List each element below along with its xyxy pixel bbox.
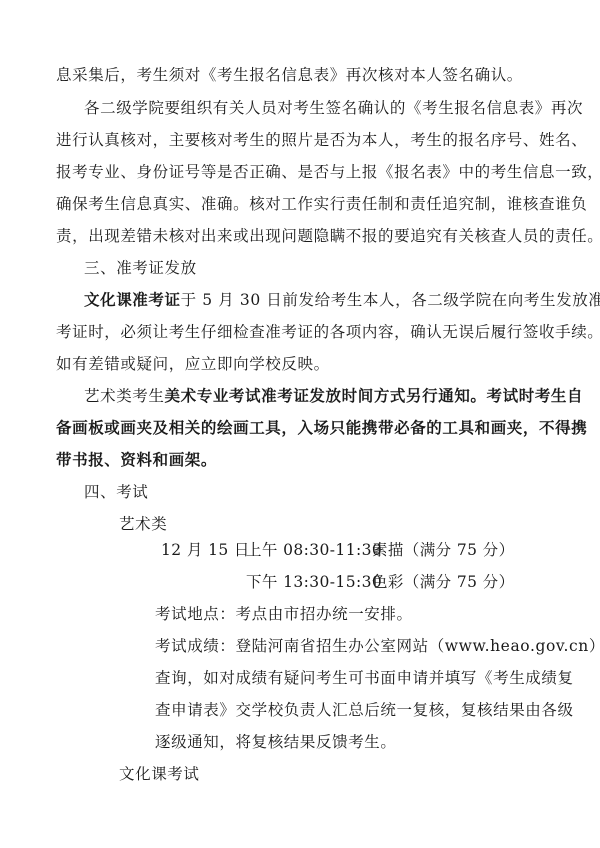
schedule-subject: 素描（满分 75 分） xyxy=(372,540,514,560)
schedule-subject: 色彩（满分 75 分） xyxy=(372,572,514,592)
bold-text: 文化课准考证 xyxy=(84,290,181,309)
paragraph-line: 逐级通知，将复核结果反馈考生。 xyxy=(155,732,532,752)
plain-text: 于 5 月 30 日前发给考生本人，各二级学院在向考生发放准 xyxy=(181,291,600,309)
paragraph-line: 确保考生信息真实、准确。核对工作实行责任制和责任追究制，谁核查谁负 xyxy=(56,194,532,214)
schedule-time: 上午 08:30-11:30 xyxy=(246,540,382,560)
schedule-date: 12 月 15 日 xyxy=(161,540,250,560)
exam-location: 考试地点：考点由市招办统一安排。 xyxy=(155,604,532,624)
paragraph-line: 艺术类考生美术专业考试准考证发放时间方式另行通知。考试时考生自 xyxy=(84,386,532,406)
plain-text: 艺术类考生 xyxy=(84,387,165,405)
paragraph-line: 报考专业、身份证号等是否正确、是否与上报《报名表》中的考生信息一致， xyxy=(56,162,532,182)
paragraph-line: 如有差错或疑问，应立即向学校反映。 xyxy=(56,354,532,374)
section-heading: 三、准考证发放 xyxy=(84,258,532,278)
section-heading: 四、考试 xyxy=(84,482,532,502)
paragraph-line: 进行认真核对，主要核对考生的照片是否为本人，考生的报名序号、姓名、 xyxy=(56,130,532,150)
bold-text: 美术专业考试准考证发放时间方式另行通知。考试时考生自 xyxy=(165,386,584,405)
paragraph-line: 考证时，必须让考生仔细检查准考证的各项内容，确认无误后履行签收手续。 xyxy=(56,322,532,342)
document-page: 息采集后，考生须对《考生报名信息表》再次核对本人签名确认。 各二级学院要组织有关… xyxy=(0,0,600,848)
subsection-label: 文化课考试 xyxy=(119,764,595,784)
paragraph-line: 责，出现差错未核对出来或出现问题隐瞒不报的要追究有关核查人员的责任。 xyxy=(56,226,532,246)
paragraph-line: 查询，如对成绩有疑问考生可书面申请并填写《考生成绩复 xyxy=(155,668,532,688)
paragraph-line: 文化课准考证于 5 月 30 日前发给考生本人，各二级学院在向考生发放准 xyxy=(84,290,532,310)
paragraph-line: 考试成绩：登陆河南省招生办公室网站（www.heao.gov.cn） xyxy=(155,636,532,656)
paragraph-line: 查申请表》交学校负责人汇总后统一复核，复核结果由各级 xyxy=(155,700,532,720)
paragraph-line: 备画板或画夹及相关的绘画工具，入场只能携带必备的工具和画夹，不得携 xyxy=(56,418,532,438)
paragraph-line: 息采集后，考生须对《考生报名信息表》再次核对本人签名确认。 xyxy=(56,65,532,85)
paragraph-line: 各二级学院要组织有关人员对考生签名确认的《考生报名信息表》再次 xyxy=(84,98,532,118)
paragraph-line: 带书报、资料和画架。 xyxy=(56,450,532,470)
subsection-label: 艺术类 xyxy=(119,514,595,534)
schedule-time: 下午 13:30-15:30 xyxy=(246,572,382,592)
